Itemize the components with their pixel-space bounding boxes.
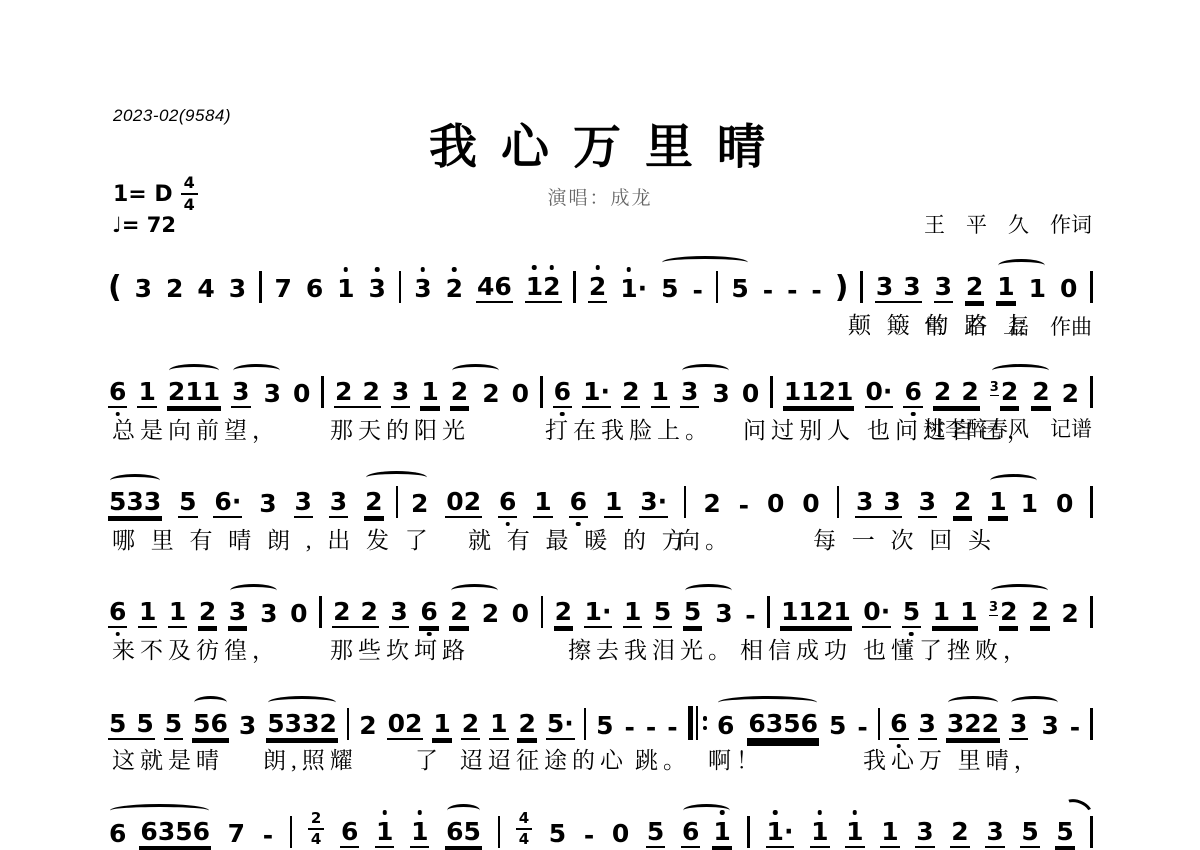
time-signature-bottom: 4 <box>519 830 529 848</box>
note-digit: 3 <box>916 819 933 844</box>
note: 2 <box>410 491 429 518</box>
note-body: 6356 <box>747 711 819 740</box>
slur-group: 322 <box>946 711 1000 740</box>
note: 1 <box>168 599 187 628</box>
note-digit: 3 <box>330 489 347 514</box>
note: 1121 <box>783 379 855 408</box>
note: 0 <box>511 601 530 628</box>
note-digit: 2 <box>982 711 999 736</box>
note-body: 2 <box>481 601 500 628</box>
note: 3 <box>263 381 282 408</box>
system-1: (3243761332461221·5-5---)3 332110颠 簸 的 路… <box>108 253 1093 303</box>
note: 6 <box>569 489 588 518</box>
barline <box>321 376 324 408</box>
note-body: 0 <box>511 381 530 408</box>
note-body: 3 <box>258 491 277 518</box>
note-body: 1 <box>623 599 642 628</box>
note-digit: 3 <box>919 711 936 736</box>
note-body: 5 <box>653 599 672 628</box>
note: 1· <box>584 599 613 628</box>
system-4: 61123302 23622021·1553-11210·51 13222来不及… <box>108 578 1093 628</box>
note: 3 <box>389 599 408 628</box>
notation-line: 5 55563533220212125·5---663565-6332233- <box>108 688 1093 740</box>
note: 3 <box>391 379 410 408</box>
note-digit: 6 <box>446 819 463 844</box>
note-body: 6 <box>419 599 438 628</box>
note-body: 2 <box>517 711 536 740</box>
note: 0 <box>1055 491 1074 518</box>
note: 0 <box>611 821 630 848</box>
time-signature: 44 <box>516 810 532 847</box>
note-digit: 1 <box>376 819 393 844</box>
barline <box>1090 708 1093 740</box>
note: 6 <box>553 379 572 408</box>
note-body: 533 <box>108 489 162 518</box>
note: 6 <box>305 276 324 303</box>
note-body: 5 <box>683 599 702 628</box>
note: 5 <box>660 276 679 303</box>
note-digit: 4 <box>197 276 214 301</box>
note-body: 1121 <box>780 599 852 628</box>
note-body: 3 <box>231 379 250 408</box>
lyric-segment: 问过别人 <box>743 412 855 445</box>
note-body: 5 <box>164 711 183 740</box>
note-digit: 3 <box>903 274 920 299</box>
note-digit: · <box>638 276 648 301</box>
note: 2 <box>554 599 573 628</box>
note: 3· <box>639 489 668 518</box>
note: 5 5 <box>108 711 155 740</box>
note-digit: 5 <box>1021 819 1038 844</box>
sheet-music-page: { "meta": "2023-02(9584)", "title": "我 心… <box>0 0 1200 850</box>
note: 1 1 <box>932 599 979 628</box>
note: 2 2 <box>332 599 379 628</box>
note: 3 <box>294 489 313 518</box>
note-body: 0 <box>766 491 785 518</box>
note-digit: 5 <box>731 276 748 301</box>
note-digit: 6 <box>717 713 734 738</box>
note: 4 <box>196 276 215 303</box>
note: 2 <box>621 379 640 408</box>
note-digit: 3 <box>260 601 277 626</box>
note-body: 211 <box>167 379 221 408</box>
note-digit: 2 <box>464 489 481 514</box>
note-digit: 6 <box>494 274 511 299</box>
note-digit: 0 <box>446 489 463 514</box>
note-digit: 0 <box>1056 491 1073 516</box>
note-digit: 0 <box>802 491 819 516</box>
note-digit: 2 <box>482 601 499 626</box>
note-digit: 2 <box>954 489 971 514</box>
note-body: 2 <box>481 381 500 408</box>
note-body: 3 <box>263 381 282 408</box>
note: 0 <box>801 491 820 518</box>
note-digit: 3 <box>392 379 409 404</box>
slur-group: 33 <box>1009 711 1060 740</box>
note-body: 1 <box>137 379 156 408</box>
note-body: 3 <box>711 381 730 408</box>
note-digit: 5 <box>165 711 182 736</box>
note: 32 <box>989 599 1018 628</box>
note: 1 <box>712 819 731 848</box>
note-digit: 3 <box>369 276 386 301</box>
note-body: 6 <box>553 379 572 408</box>
note: 2 <box>1030 599 1049 628</box>
note-body: 02 <box>445 489 482 518</box>
note-digit: 3 <box>264 381 281 406</box>
note: 5 <box>1055 819 1074 848</box>
note-body: 5· <box>546 711 575 740</box>
note-body: 0 <box>511 601 530 628</box>
note: 0 <box>766 491 785 518</box>
barline <box>399 271 402 303</box>
note-body: 6356 <box>139 819 211 848</box>
note-body: 1 <box>1020 491 1039 518</box>
note-digit: 5 <box>661 276 678 301</box>
note-digit: 2 <box>446 276 463 301</box>
lyric-segment: 啊！ <box>708 742 764 775</box>
note-body: 1· <box>584 599 613 628</box>
note-digit: 7 <box>274 276 291 301</box>
note-digit: · <box>601 379 611 404</box>
note: 2 <box>1031 379 1050 408</box>
note-digit: 3 <box>239 713 256 738</box>
note: 2 <box>517 711 536 740</box>
note: 0· <box>862 599 891 628</box>
lyric-segment: 颠 簸 的 路 上 <box>848 307 1031 340</box>
note: 7 <box>227 821 246 848</box>
notation-line: 61123302 23622021·1553-11210·51 13222 <box>108 578 1093 628</box>
note-body: 2 <box>965 274 984 303</box>
note-body: 7 <box>227 821 246 848</box>
note-body: 0 <box>741 381 760 408</box>
note-body: 6 <box>108 379 127 408</box>
note-body: 3 <box>389 599 408 628</box>
note-body: 0 <box>1055 491 1074 518</box>
note-digit: 2 <box>1032 379 1049 404</box>
note-digit: 4 <box>477 274 494 299</box>
lyricist-credit: 王 平 久 作词 <box>924 208 1092 242</box>
note-body: 0 <box>611 821 630 848</box>
lyric-segment: 总是向前望， <box>112 412 280 445</box>
note-body: 5 <box>660 276 679 303</box>
note: 2 <box>165 276 184 303</box>
note: 6 <box>903 379 922 408</box>
note: 2 <box>449 599 468 628</box>
note-digit: 1 <box>139 599 156 624</box>
note: 2 <box>481 601 500 628</box>
note-body: 3 <box>918 489 937 518</box>
time-signature-top: 4 <box>181 174 198 195</box>
note-digit: 1 <box>526 274 543 299</box>
note-digit: 3 <box>715 601 732 626</box>
note-digit: 2 <box>333 599 350 624</box>
note-body: 1· <box>582 379 611 408</box>
note-body: 1 <box>604 489 623 518</box>
close-paren: ) <box>835 273 849 303</box>
note-body: 1 <box>651 379 670 408</box>
note-body: 6 <box>108 821 127 848</box>
note-digit: 6 <box>748 711 765 736</box>
slur-group: 533 <box>108 489 162 518</box>
note-digit: · <box>658 489 668 514</box>
note-digit: 2 <box>360 599 377 624</box>
note-digit: 1 <box>784 379 801 404</box>
note-digit: 1 <box>767 819 784 844</box>
note-digit: 0 <box>1060 276 1077 301</box>
note-digit: 2 <box>1000 599 1017 624</box>
note: 1 <box>988 489 1007 518</box>
note-body: 2 <box>449 599 468 628</box>
note-digit: 0 <box>742 381 759 406</box>
note-digit: 1 <box>337 276 354 301</box>
note-digit: 3 <box>414 276 431 301</box>
note: 5 <box>178 489 197 518</box>
note-digit: 2 <box>964 711 981 736</box>
note-digit: 3 <box>640 489 657 514</box>
slur-group: 322 <box>990 379 1051 408</box>
note-digit: 3 <box>229 276 246 301</box>
note-digit: 1 <box>585 599 602 624</box>
note-digit: 3 <box>135 276 152 301</box>
note-body: 3 <box>238 713 257 740</box>
barline <box>878 708 881 740</box>
note: 3 <box>228 599 247 628</box>
note-digit: 1 <box>203 379 220 404</box>
note-digit: 1 <box>836 379 853 404</box>
note-digit: 1 <box>169 599 186 624</box>
note-body: 6· <box>213 489 242 518</box>
note: 1 <box>420 379 439 408</box>
duration-dash: - <box>692 278 704 303</box>
note-digit: 1 <box>652 379 669 404</box>
note-digit: 2 <box>405 711 422 736</box>
note: 6 <box>108 599 127 628</box>
duration-dash: - <box>262 823 274 848</box>
note-digit: 7 <box>228 821 245 846</box>
slur-group: 5332 <box>266 711 338 740</box>
lyric-segment: 也问过自己， <box>867 412 1035 445</box>
note-body: 2 <box>165 276 184 303</box>
note-body: 6 <box>305 276 324 303</box>
note-digit: 2 <box>450 599 467 624</box>
note-digit: 3 <box>144 489 161 514</box>
note: 1 <box>410 819 429 848</box>
note-body: 3 <box>1009 711 1028 740</box>
note-body: 56 <box>192 711 229 740</box>
lyric-segment: 那天的阳光 <box>330 412 470 445</box>
note-body: 1 <box>489 711 508 740</box>
note: 3 <box>934 274 953 303</box>
barline <box>347 708 350 740</box>
note-body: 3 <box>1040 713 1059 740</box>
note-digit: 1 <box>933 599 950 624</box>
note-body: 02 <box>387 711 424 740</box>
slur-group: 211 <box>167 379 221 408</box>
time-signature-bottom: 4 <box>311 830 321 848</box>
note-digit: 1 <box>411 819 428 844</box>
note-digit: 6 <box>904 379 921 404</box>
note-body: 2 <box>1000 379 1019 408</box>
barline <box>684 486 687 518</box>
duration-dash: - <box>744 603 756 628</box>
note: 3 <box>259 601 278 628</box>
note-digit: 2 <box>518 711 535 736</box>
note-body: 1 <box>712 819 731 848</box>
note: 1 <box>623 599 642 628</box>
note: 5 <box>683 599 702 628</box>
note-digit: 6 <box>682 819 699 844</box>
note: 2 <box>461 711 480 740</box>
barline <box>747 816 750 848</box>
note-digit: 0 <box>512 381 529 406</box>
note-digit: 1 <box>989 489 1006 514</box>
barline <box>573 271 576 303</box>
barline <box>767 596 770 628</box>
note-digit: 1 <box>811 819 828 844</box>
notation-line: (3243761332461221·5-5---)3 332110 <box>108 253 1093 303</box>
note-digit: 5 <box>684 599 701 624</box>
note-body: 5 <box>902 599 921 628</box>
note-body: 3 <box>134 276 153 303</box>
note: 46 <box>476 274 513 303</box>
repeat-dot <box>703 726 708 731</box>
slur-group: 33 <box>231 379 282 408</box>
slur-group: 322 <box>989 599 1050 628</box>
note-body: 5 <box>646 819 665 848</box>
note-digit: 5 <box>903 599 920 624</box>
barline <box>1090 376 1093 408</box>
note: 3 <box>680 379 699 408</box>
note-body: 3 <box>985 819 1004 848</box>
note-body: 3 <box>714 601 733 628</box>
note-body: 6 <box>681 819 700 848</box>
note-digit: 6 <box>890 711 907 736</box>
note: 2 <box>481 381 500 408</box>
note: 322 <box>946 711 1000 740</box>
barline <box>1090 596 1093 628</box>
note-body: 1 <box>880 819 899 848</box>
note-body: 2 <box>198 599 217 628</box>
note-digit: 2 <box>961 379 978 404</box>
note-body: 4 <box>196 276 215 303</box>
lyric-segment: 打在我脸上。 <box>545 412 713 445</box>
barline <box>540 376 543 408</box>
note-digit: 2 <box>168 379 185 404</box>
note: 1 <box>533 489 552 518</box>
note: 0 <box>741 381 760 408</box>
barline <box>1090 816 1093 848</box>
note: 1121 <box>780 599 852 628</box>
note-digit: 2 <box>1061 601 1078 626</box>
note-body: 2 <box>621 379 640 408</box>
lyric-segment: 来不及彷徨， <box>112 632 280 665</box>
note-digit: · <box>232 489 242 514</box>
system-6: 663567-2461165445-05611·11132355 <box>108 792 1093 848</box>
note-digit: 3 <box>1041 713 1058 738</box>
duration-dash: - <box>810 278 822 303</box>
time-signature: 24 <box>308 810 324 847</box>
note-body: 3· <box>639 489 668 518</box>
note-digit: 1 <box>1029 276 1046 301</box>
note-digit: 6 <box>109 379 126 404</box>
note: 1 <box>489 711 508 740</box>
duration-dash: - <box>786 278 798 303</box>
note-body: 1121 <box>783 379 855 408</box>
note: 5· <box>546 711 575 740</box>
note-body: 5 <box>595 713 614 740</box>
note-body: 1 <box>168 599 187 628</box>
note-digit: 2 <box>451 379 468 404</box>
notation-line: 53356·333220261613·2-003 332110 <box>108 468 1093 518</box>
note-body: 3 <box>259 601 278 628</box>
note-digit: 1 <box>433 711 450 736</box>
slur-group: 66356 <box>716 711 819 740</box>
slur-group: 11 <box>996 274 1047 303</box>
note-body: 6 <box>889 711 908 740</box>
note-digit: 2 <box>1031 599 1048 624</box>
note-digit: 5 <box>647 819 664 844</box>
slur-group: 61 <box>681 819 732 848</box>
repeat-thin-bar <box>696 706 698 740</box>
note-body: 1· <box>619 276 648 303</box>
note-digit: 1 <box>801 379 818 404</box>
note-digit: 5 <box>654 599 671 624</box>
note-digit: 0 <box>866 379 883 404</box>
note-body: 1· <box>766 819 795 848</box>
note-body: 2 <box>950 819 969 848</box>
note-body: 2 <box>450 379 469 408</box>
note-digit: 6 <box>801 711 818 736</box>
note-digit: 3 <box>919 489 936 514</box>
note-digit: 2 <box>622 379 639 404</box>
note-digit: 6 <box>214 489 231 514</box>
note: 12 <box>525 274 562 303</box>
note-body: 2 <box>364 489 383 518</box>
note: 1 <box>845 819 864 848</box>
slur-group: 33 <box>680 379 731 408</box>
slur-group: 56 <box>192 711 229 740</box>
note: 5332 <box>266 711 338 740</box>
note: 3 3 <box>855 489 902 518</box>
note: 3 <box>258 491 277 518</box>
note-body: 3 <box>918 711 937 740</box>
slur-group: 22 <box>449 599 500 628</box>
note: 1 <box>432 711 451 740</box>
note-digit: 3 <box>232 379 249 404</box>
note-body: 2 <box>410 491 429 518</box>
note-digit: 0 <box>512 601 529 626</box>
barline <box>1090 486 1093 518</box>
note-digit: 5 <box>179 489 196 514</box>
note-digit: 1 <box>138 379 155 404</box>
note-body: 6 <box>108 599 127 628</box>
time-signature-bottom: 4 <box>184 195 195 214</box>
lyric-segment: 也懂了挫败， <box>863 632 1031 665</box>
note: 1 <box>996 274 1015 303</box>
note-digit: 3 <box>285 711 302 736</box>
note: 2 <box>450 379 469 408</box>
note: 1 <box>604 489 623 518</box>
note-digit: 5 <box>267 711 284 736</box>
lyric-segment: 我心万 里晴， <box>863 742 1042 775</box>
note-body: 5 <box>1020 819 1039 848</box>
note-digit: · <box>881 599 891 624</box>
note-digit: 6 <box>570 489 587 514</box>
note-body: 3 <box>915 819 934 848</box>
note: 1· <box>766 819 795 848</box>
lyric-segment: 向。 <box>677 522 733 555</box>
